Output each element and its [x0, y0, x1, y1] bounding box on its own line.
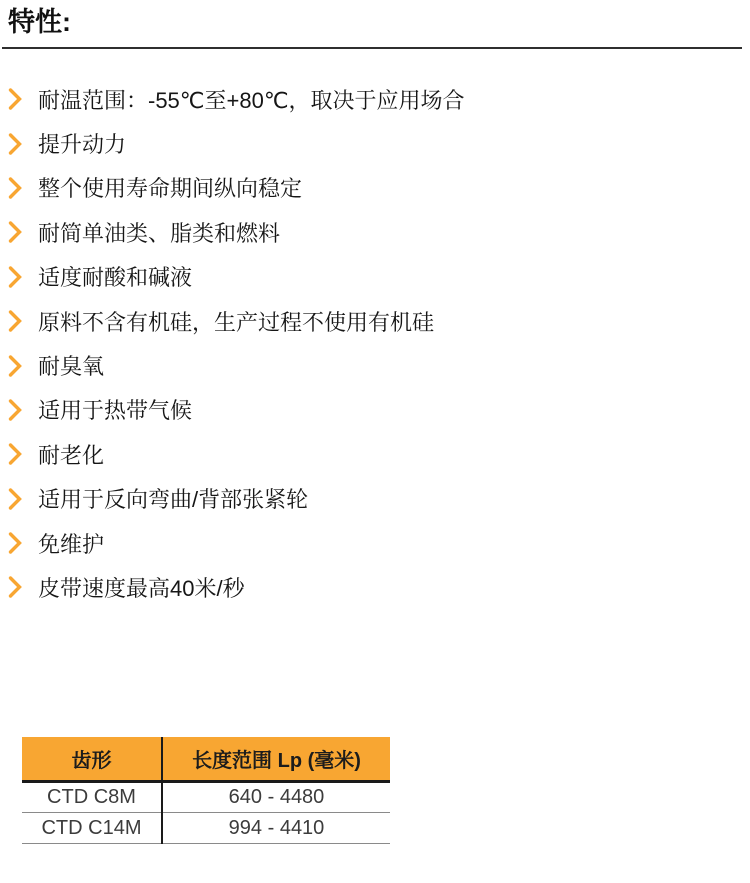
- feature-text: 适度耐酸和碱液: [38, 261, 192, 292]
- feature-text: 耐老化: [38, 439, 104, 470]
- feature-item: 耐臭氧: [8, 343, 750, 387]
- feature-item: 适度耐酸和碱液: [8, 255, 750, 299]
- feature-text: 整个使用寿命期间纵向稳定: [38, 172, 302, 203]
- chevron-bullet-icon: [8, 487, 23, 511]
- chevron-bullet-icon: [8, 575, 23, 599]
- feature-item: 耐简单油类、脂类和燃料: [8, 210, 750, 254]
- feature-text: 耐简单油类、脂类和燃料: [38, 217, 280, 248]
- chevron-bullet-icon: [8, 531, 23, 555]
- table-header-row: 齿形 长度范围 Lp (毫米): [22, 737, 390, 782]
- feature-list: 耐温范围：-55℃至+80℃，取决于应用场合 提升动力 整个使用寿命期间纵向稳定…: [8, 77, 750, 610]
- feature-item: 耐温范围：-55℃至+80℃，取决于应用场合: [8, 77, 750, 121]
- feature-text: 原料不含有机硅，生产过程不使用有机硅: [38, 306, 434, 337]
- feature-text: 适用于热带气候: [38, 394, 192, 425]
- cell-profile: CTD C8M: [22, 782, 162, 813]
- feature-text: 耐温范围：-55℃至+80℃，取决于应用场合: [38, 84, 465, 115]
- feature-text: 皮带速度最高40米/秒: [38, 572, 245, 603]
- feature-text: 提升动力: [38, 128, 126, 159]
- feature-item: 原料不含有机硅，生产过程不使用有机硅: [8, 299, 750, 343]
- header-length-range: 长度范围 Lp (毫米): [162, 737, 390, 782]
- feature-item: 免维护: [8, 521, 750, 565]
- chevron-bullet-icon: [8, 354, 23, 378]
- chevron-bullet-icon: [8, 132, 23, 156]
- feature-item: 适用于热带气候: [8, 388, 750, 432]
- feature-item: 提升动力: [8, 121, 750, 165]
- chevron-bullet-icon: [8, 265, 23, 289]
- chevron-bullet-icon: [8, 442, 23, 466]
- table-row: CTD C8M 640 - 4480: [22, 782, 390, 813]
- feature-text: 免维护: [38, 528, 104, 559]
- chevron-bullet-icon: [8, 176, 23, 200]
- chevron-bullet-icon: [8, 398, 23, 422]
- chevron-bullet-icon: [8, 220, 23, 244]
- chevron-bullet-icon: [8, 309, 23, 333]
- feature-item: 皮带速度最高40米/秒: [8, 565, 750, 609]
- cell-profile: CTD C14M: [22, 813, 162, 844]
- title-divider: [2, 47, 742, 49]
- page-title: 特性:: [0, 0, 750, 39]
- datasheet-page: 特性: 耐温范围：-55℃至+80℃，取决于应用场合 提升动力 整个使用寿命期间…: [0, 0, 750, 883]
- table-row: CTD C14M 994 - 4410: [22, 813, 390, 844]
- cell-range: 640 - 4480: [162, 782, 390, 813]
- feature-item: 整个使用寿命期间纵向稳定: [8, 166, 750, 210]
- feature-item: 耐老化: [8, 432, 750, 476]
- feature-text: 适用于反向弯曲/背部张紧轮: [38, 483, 308, 514]
- chevron-bullet-icon: [8, 87, 23, 111]
- header-tooth-profile: 齿形: [22, 737, 162, 782]
- feature-text: 耐臭氧: [38, 350, 104, 381]
- length-range-table: 齿形 长度范围 Lp (毫米) CTD C8M 640 - 4480 CTD C…: [22, 737, 390, 845]
- feature-item: 适用于反向弯曲/背部张紧轮: [8, 477, 750, 521]
- cell-range: 994 - 4410: [162, 813, 390, 844]
